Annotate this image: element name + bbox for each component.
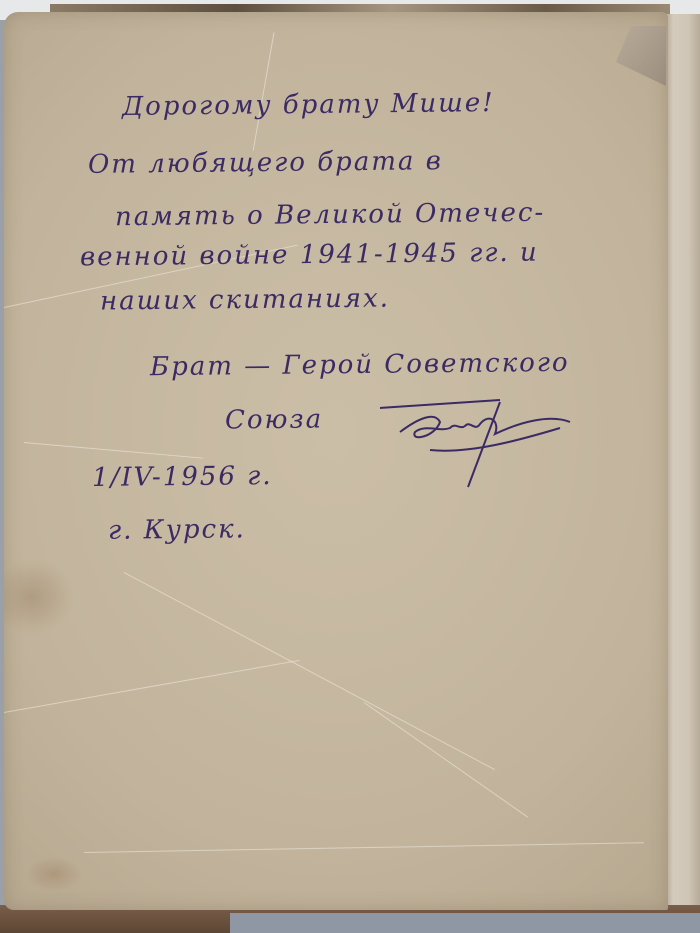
inscription-line-4: венной войне 1941-1945 гг. и [80, 238, 539, 273]
inscription-place: г. Курск. [108, 514, 246, 545]
paper-crease [124, 572, 495, 770]
inscription-line-7: Союза [225, 404, 323, 435]
signature-icon [380, 392, 580, 492]
torn-corner [616, 26, 666, 86]
paper-crease [24, 442, 203, 459]
paper-crease [4, 660, 300, 713]
inscription-line-5: наших скитаниях. [100, 283, 390, 316]
inscription-line-1: Дорогому брату Мише! [122, 88, 495, 122]
inscription-line-3: память о Великой Отечес- [115, 198, 546, 233]
inscription-date: 1/IV-1956 г. [92, 461, 273, 493]
paper-crease [364, 702, 528, 818]
paper-crease [84, 842, 644, 853]
table-surface [230, 913, 700, 933]
inscription-line-6: Брат — Герой Советского [150, 348, 570, 382]
inscription-line-2: От любящего брата в [88, 146, 443, 180]
